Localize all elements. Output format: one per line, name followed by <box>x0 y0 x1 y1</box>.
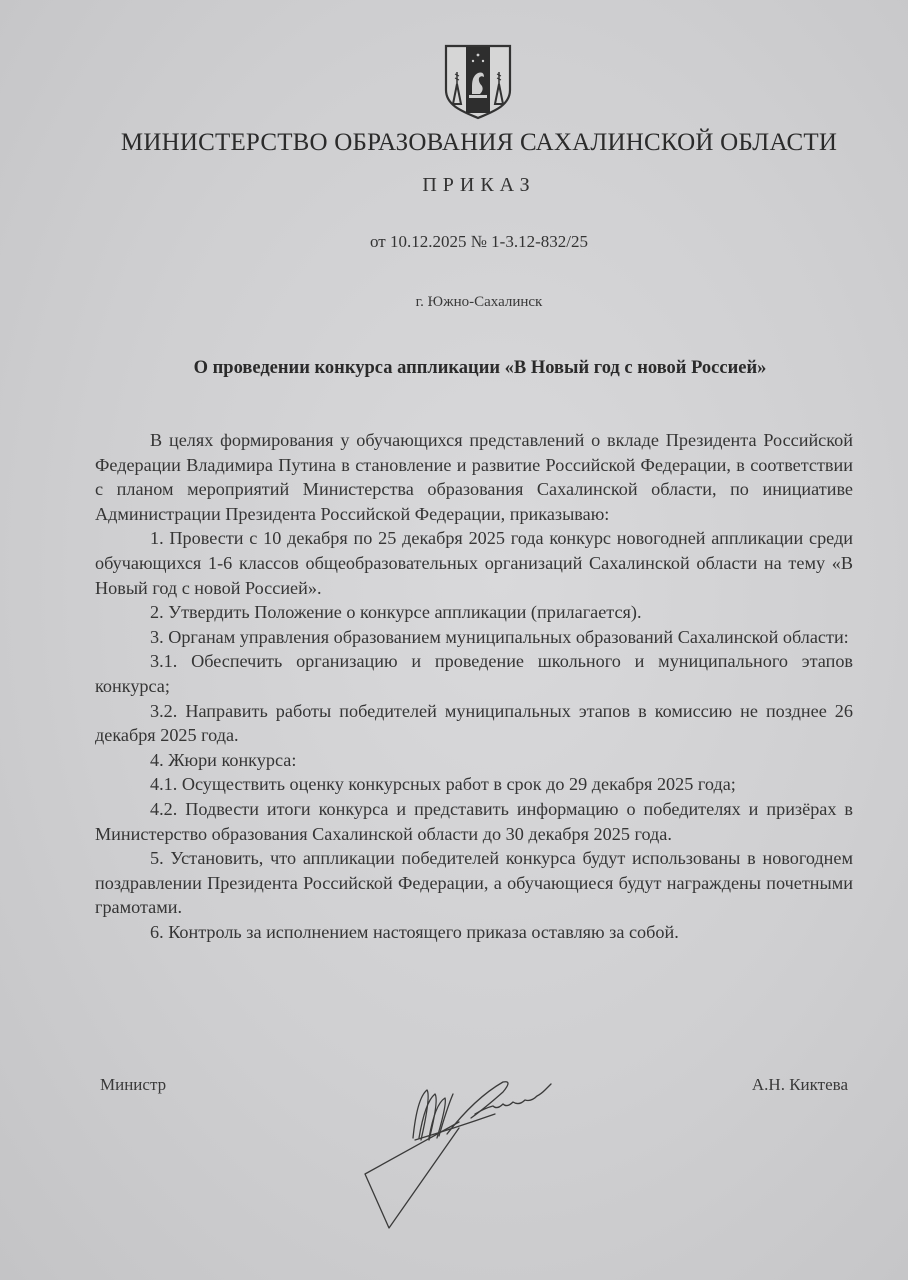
clause-4-2: 4.2. Подвести итоги конкурса и представи… <box>95 797 853 846</box>
document-city: г. Южно-Сахалинск <box>0 294 908 311</box>
clause-5: 5. Установить, что аппликации победителе… <box>95 846 853 920</box>
document-subject: О проведении конкурса аппликации «В Новы… <box>120 358 840 379</box>
document-page: МИНИСТЕРСТВО ОБРАЗОВАНИЯ САХАЛИНСКОЙ ОБЛ… <box>0 0 908 1280</box>
ministry-name: МИНИСТЕРСТВО ОБРАЗОВАНИЯ САХАЛИНСКОЙ ОБЛ… <box>0 129 908 157</box>
document-body: В целях формирования у обучающихся предс… <box>95 428 853 944</box>
document-number: от 10.12.2025 № 1-3.12-832/25 <box>0 232 908 252</box>
handwritten-signature-icon <box>335 1068 635 1238</box>
clause-3-1: 3.1. Обеспечить организацию и проведение… <box>95 649 853 698</box>
clause-4: 4. Жюри конкурса: <box>95 748 853 773</box>
clause-4-1: 4.1. Осуществить оценку конкурсных работ… <box>95 772 853 797</box>
clause-6: 6. Контроль за исполнением настоящего пр… <box>95 920 853 945</box>
signatory-title: Министр <box>100 1075 166 1095</box>
document-type: ПРИКАЗ <box>0 174 908 197</box>
clause-2: 2. Утвердить Положение о конкурсе апплик… <box>95 600 853 625</box>
clause-3: 3. Органам управления образованием муниц… <box>95 625 853 650</box>
sakhalin-coat-of-arms-icon <box>442 42 514 120</box>
clause-1: 1. Провести с 10 декабря по 25 декабря 2… <box>95 526 853 600</box>
preamble-paragraph: В целях формирования у обучающихся предс… <box>95 428 853 526</box>
signatory-name: А.Н. Киктева <box>752 1075 848 1095</box>
clause-3-2: 3.2. Направить работы победителей муници… <box>95 699 853 748</box>
